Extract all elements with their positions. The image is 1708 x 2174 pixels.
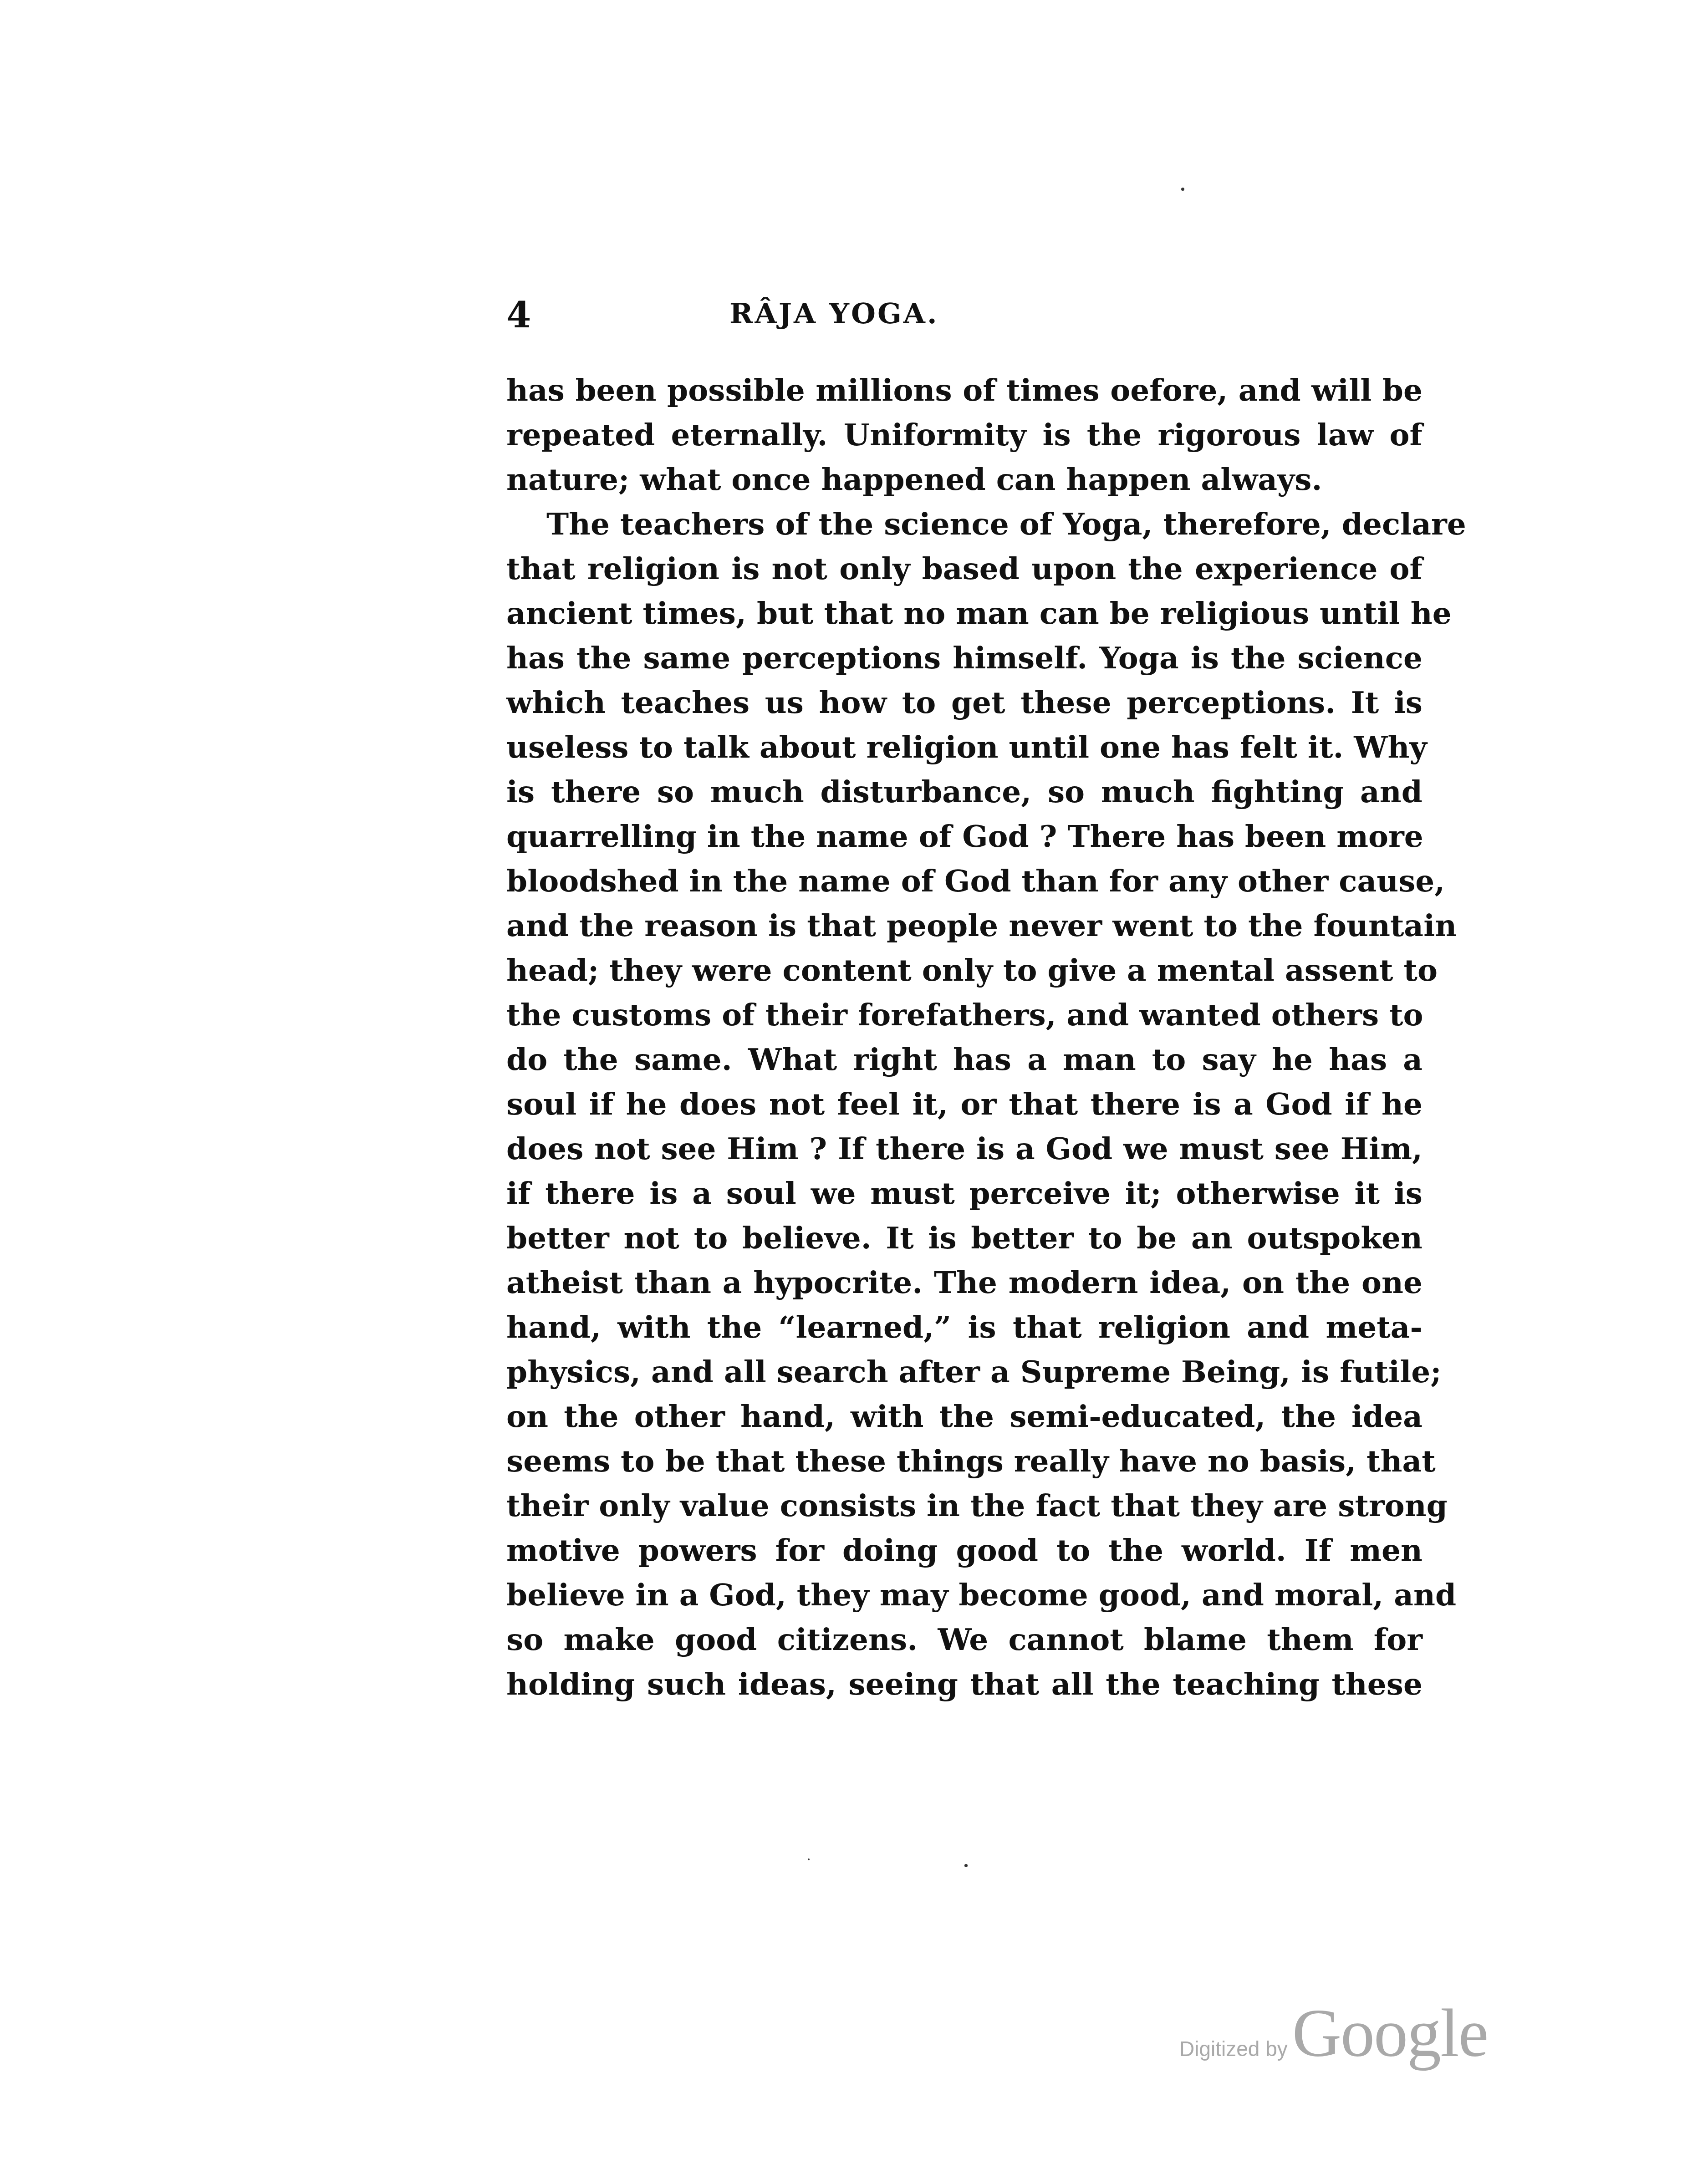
text-line: has the same perceptions himself. Yoga i… [506,636,1422,680]
text-line: so make good citizens. We cannot blame t… [506,1617,1422,1662]
text-line: quarrelling in the name of God ? There h… [506,814,1422,859]
scan-speck [808,1858,810,1860]
text-line: on the other hand, with the semi-educate… [506,1394,1422,1439]
google-logo-text: Google [1292,1996,1488,2071]
text-line: head; they were content only to give a m… [506,948,1422,993]
running-title: RÂJA YOGA. [729,300,939,328]
text-line: and the reason is that people never went… [506,903,1422,948]
text-line: motive powers for doing good to the worl… [506,1528,1422,1573]
text-line: seems to be that these things really hav… [506,1439,1422,1483]
text-line: that religion is not only based upon the… [506,546,1422,591]
body-text: has been possible millions of times oefo… [506,368,1422,1706]
text-line: believe in a God, they may become good, … [506,1573,1422,1617]
text-line: ancient times, but that no man can be re… [506,591,1422,636]
text-line: nature; what once happened can happen al… [506,457,1422,502]
text-line: bloodshed in the name of God than for an… [506,859,1422,903]
text-line: physics, and all search after a Supreme … [506,1349,1422,1394]
text-line: the customs of their forefathers, and wa… [506,993,1422,1037]
text-line: do the same. What right has a man to say… [506,1037,1422,1082]
scan-speck [964,1864,968,1867]
digitized-by-google-watermark: Digitized by Google [1179,1994,1488,2067]
page-number: 4 [506,298,531,333]
text-line: repeated eternally. Uniformity is the ri… [506,412,1422,457]
text-line: which teaches us how to get these percep… [506,680,1422,725]
text-line: atheist than a hypocrite. The modern ide… [506,1260,1422,1305]
watermark-prefix: Digitized by [1179,2037,1288,2061]
text-line: holding such ideas, seeing that all the … [506,1662,1422,1706]
text-line: hand, with the “learned,” is that religi… [506,1305,1422,1349]
book-page: 4 RÂJA YOGA. has been possible millions … [0,0,1708,2174]
text-line: is there so much disturbance, so much fi… [506,769,1422,814]
text-line: soul if he does not feel it, or that the… [506,1082,1422,1126]
text-line: their only value consists in the fact th… [506,1483,1422,1528]
running-head: 4 RÂJA YOGA. [506,291,1422,341]
scan-speck [1181,188,1184,191]
text-line: has been possible millions of times oefo… [506,368,1422,412]
text-line: better not to believe. It is better to b… [506,1216,1422,1260]
text-line: if there is a soul we must perceive it; … [506,1171,1422,1216]
text-line: does not see Him ? If there is a God we … [506,1126,1422,1171]
paragraph-start-line: The teachers of the science of Yoga, the… [506,502,1422,546]
text-line: useless to talk about religion until one… [506,725,1422,769]
